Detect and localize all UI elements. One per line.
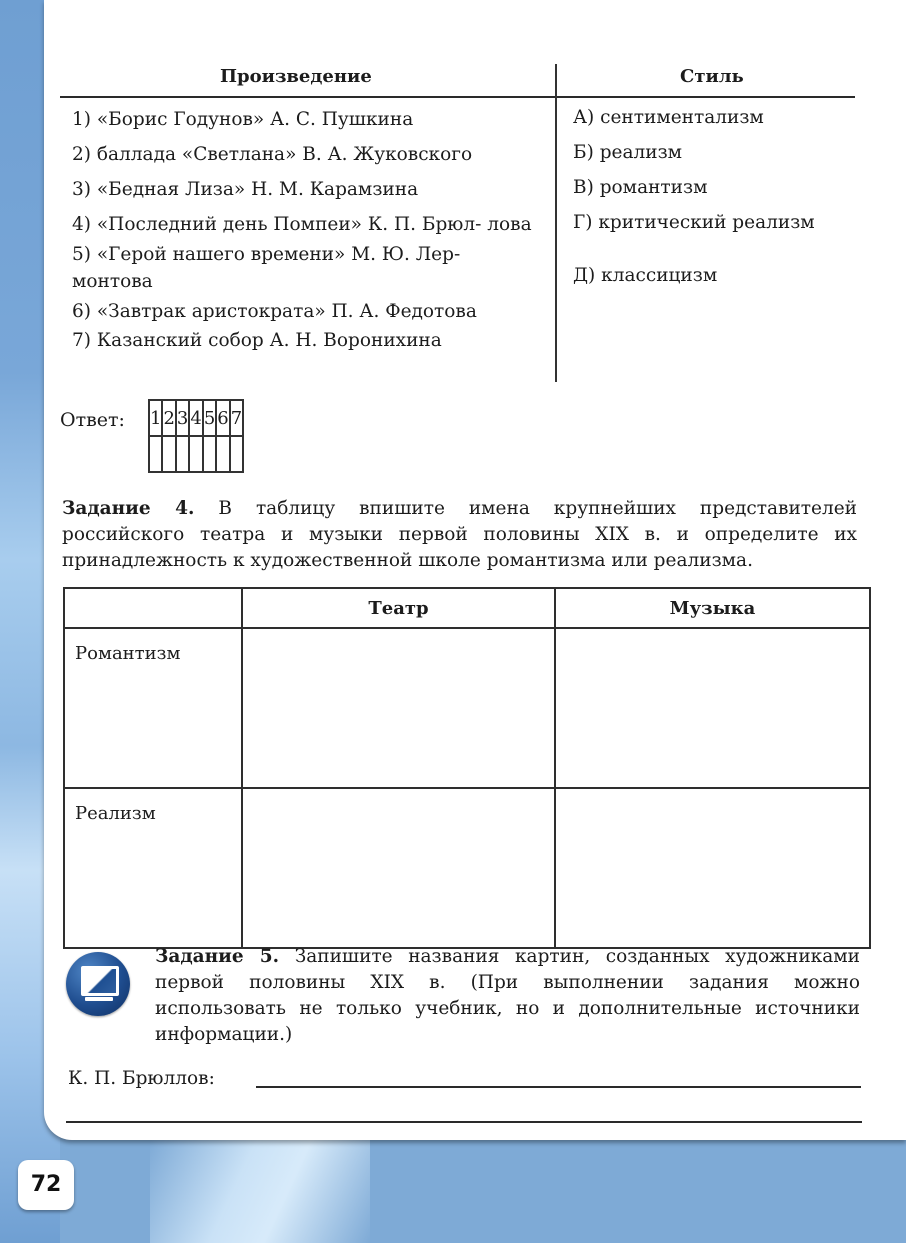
cell-realism-music[interactable]	[555, 788, 870, 948]
answer-cell[interactable]	[176, 436, 189, 472]
answer-col-header: 7	[230, 400, 243, 436]
answer-col-header: 3	[176, 400, 189, 436]
header-style: Стиль	[680, 66, 744, 87]
style-item: В) романтизм	[573, 174, 815, 209]
column-divider	[555, 64, 557, 382]
work-item: 6) «Завтрак аристократа» П. А. Федотова	[72, 298, 542, 325]
monitor-screen-shape	[81, 966, 119, 996]
answer-label: Ответ:	[60, 409, 125, 431]
task4-table: Театр Музыка Романтизм Реализм	[63, 587, 871, 949]
task5-instructions: Задание 5. Запишите названия картин, соз…	[155, 944, 860, 1048]
cell-romanticism-music[interactable]	[555, 628, 870, 788]
work-item: 5) «Герой нашего времени» М. Ю. Лер- мон…	[72, 241, 542, 295]
answer-cell[interactable]	[230, 436, 243, 472]
matching-table: Произведение Стиль 1) «Борис Годунов» А.…	[60, 60, 855, 382]
computer-monitor-icon	[66, 952, 130, 1016]
work-item: 3) «Бедная Лиза» Н. М. Карамзина	[72, 176, 542, 203]
extra-answer-line[interactable]	[66, 1121, 862, 1123]
task4-header-music: Музыка	[555, 588, 870, 628]
answer-cell[interactable]	[162, 436, 175, 472]
work-item: 2) баллада «Светлана» В. А. Жуковского	[72, 141, 542, 168]
answer-col-header: 5	[203, 400, 216, 436]
answer-col-header: 1	[149, 400, 162, 436]
answer-col-header: 6	[216, 400, 229, 436]
style-item: Г) критический реализм	[573, 209, 815, 244]
row-label-realism: Реализм	[64, 788, 242, 948]
cell-realism-theatre[interactable]	[242, 788, 555, 948]
style-item: Д) классицизм	[573, 262, 815, 297]
bryullov-answer-line: К. П. Брюллов:	[68, 1068, 215, 1089]
works-list: 1) «Борис Годунов» А. С. Пушкина 2) балл…	[72, 106, 542, 362]
task5-title: Задание 5.	[155, 946, 279, 967]
answer-cell[interactable]	[203, 436, 216, 472]
answer-col-header: 4	[189, 400, 202, 436]
answer-cell[interactable]	[149, 436, 162, 472]
monitor-stand-shape	[85, 997, 113, 1001]
work-item: 7) Казанский собор А. Н. Воронихина	[72, 327, 542, 354]
answer-cell[interactable]	[216, 436, 229, 472]
work-item: 1) «Борис Годунов» А. С. Пушкина	[72, 106, 542, 133]
task4-instructions: Задание 4. В таблицу впишите имена крупн…	[62, 496, 857, 574]
styles-list: А) сентиментализм Б) реализм В) романтиз…	[573, 104, 815, 297]
task4-title: Задание 4.	[62, 498, 194, 519]
bryullov-input-line[interactable]	[256, 1086, 861, 1088]
work-item: 4) «Последний день Помпеи» К. П. Брюл- л…	[72, 211, 542, 238]
cell-romanticism-theatre[interactable]	[242, 628, 555, 788]
header-works: Произведение	[220, 66, 372, 87]
style-item: А) сентиментализм	[573, 104, 815, 139]
answer-cell[interactable]	[189, 436, 202, 472]
task4-header-theatre: Театр	[242, 588, 555, 628]
header-divider	[60, 96, 855, 98]
task4-header-empty	[64, 588, 242, 628]
page-background-stripe	[150, 1140, 370, 1243]
row-label-romanticism: Романтизм	[64, 628, 242, 788]
answer-table: 1 2 3 4 5 6 7	[148, 399, 244, 473]
style-item: Б) реализм	[573, 139, 815, 174]
answer-col-header: 2	[162, 400, 175, 436]
bryullov-label: К. П. Брюллов:	[68, 1068, 215, 1089]
page-number: 72	[18, 1160, 74, 1210]
